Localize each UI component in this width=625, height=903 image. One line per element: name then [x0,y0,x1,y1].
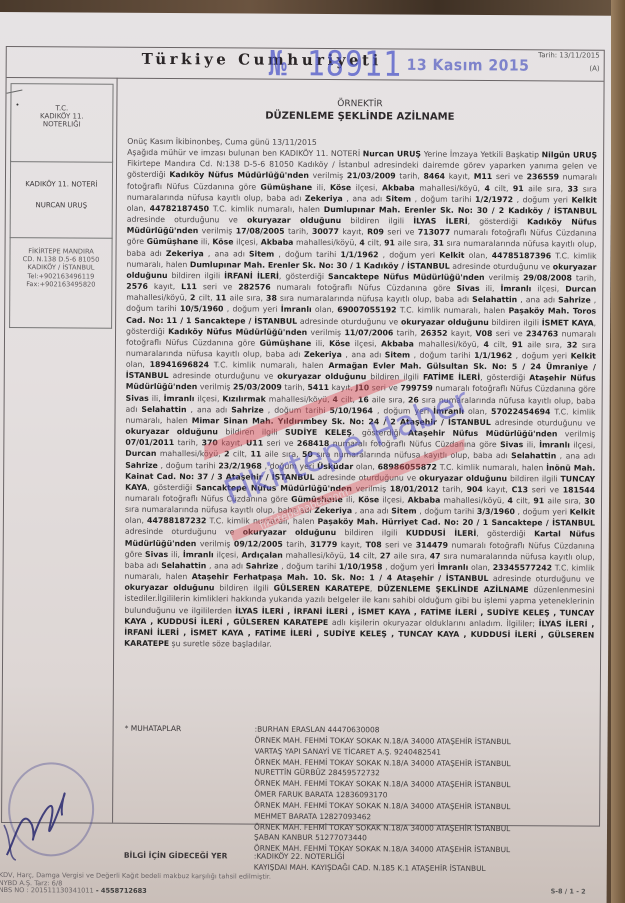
address-line: Fax:+902163495820 [10,280,111,289]
page-number: S-8 / 1 - 2 [551,887,586,895]
document-body: Onüç Kasım İkibinonbeş, Cuma günü 13/11/… [124,136,597,652]
background-edge [611,0,625,903]
document-subtitle: ÖRNEKTİR [116,98,603,111]
nbs-value: 201511130341011 [31,886,94,894]
notary-seal-text: T.C. KADIKÖY 11. NOTERLIĞI [11,104,112,129]
counterparties-list: :BURHAN ERASLAN 44470630008ÖRNEK MAH. FE… [254,725,511,857]
info-destination-label: BİLGİ İÇİN GİDECEĞİ YER [124,851,228,861]
notary-seal-box: • T.C. KADIKÖY 11. NOTERLIĞI [10,83,113,163]
notary-document: Türkiye Cumhuriyeti Tarih: 13/11/2015 (A… [0,12,612,903]
notary-office: KADIKÖY 11. NOTERİ [11,180,112,189]
document-date: Tarih: 13/11/2015 [538,51,600,59]
stamp-date: 13 Kasım 2015 [407,57,530,75]
notary-name: NURCAN URUŞ [11,201,112,210]
notary-address-box: FİKİRTEPE MANDIRACD. N.138 D.5-6 81050KA… [9,237,113,329]
notary-address: FİKİRTEPE MANDIRACD. N.138 D.5-6 81050KA… [10,247,111,289]
document-title: DÜZENLEME ŞEKLİNDE AZİLNAME [116,110,603,124]
counterparties-label: * MUHATAPLAR [125,724,182,733]
notary-name-box: KADIKÖY 11. NOTERİ NURCAN URUŞ [10,160,113,239]
info-destination: :KADIKÖY 22. NOTERLİĞİKAYIŞDAI MAH. KAYI… [254,852,486,875]
office-line: NOTERLIĞI [11,120,112,129]
form-code: (A) [589,65,599,73]
signature-icon [2,765,83,865]
info-line: KAYIŞDAI MAH. KAYIŞDAĞI CAD. N.185 K.1 A… [254,862,486,874]
document-footer: KDV, Harç, Damga Vergisi ve Değerli Kağı… [0,872,271,896]
nbs-code: - 4558712683 [96,887,147,895]
nbs-label: NBS NO : [0,886,29,894]
document-frame: Türkiye Cumhuriyeti Tarih: 13/11/2015 (A… [1,46,605,827]
nbs-number: NBS NO : 201511130341011 - 4558712683 [0,887,271,896]
